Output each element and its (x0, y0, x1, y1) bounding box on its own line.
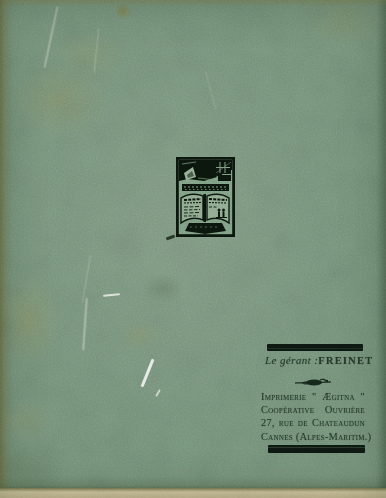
scanned-back-cover: Le gérant : FREINET Imprimerie " Ægitna … (0, 0, 386, 498)
vignette (0, 0, 386, 498)
